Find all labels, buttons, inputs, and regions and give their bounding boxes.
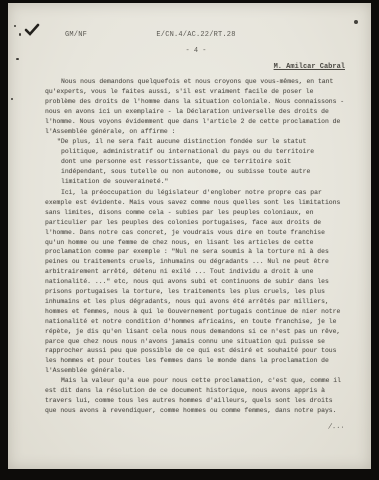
paragraph-2: Ici, la préoccupation du législateur d'e… — [45, 188, 347, 376]
ink-speckle-icon — [14, 25, 16, 27]
page-header: GM/NF E/CN.4/AC.22/RT.28 — [45, 31, 347, 43]
continuation-mark: /... — [328, 422, 345, 431]
ink-speckle-icon — [11, 98, 13, 100]
page-number: - 4 - — [45, 47, 347, 57]
blockquote-article-2: "De plus, il ne sera fait aucune distinc… — [61, 137, 333, 187]
corner-dot-icon — [354, 20, 358, 24]
page-content: GM/NF E/CN.4/AC.22/RT.28 - 4 - M. Amilca… — [45, 31, 347, 416]
paragraph-1: Nous nous demandons quelquefois et nous … — [45, 77, 347, 136]
ink-speckle-icon — [19, 33, 21, 36]
ink-speckle-icon — [16, 58, 19, 60]
paragraph-3: Mais la valeur qu'a eue pour nous cette … — [45, 376, 347, 416]
speaker-name: M. Amilcar Cabral — [45, 63, 345, 73]
document-page: GM/NF E/CN.4/AC.22/RT.28 - 4 - M. Amilca… — [8, 3, 371, 469]
document-symbol: E/CN.4/AC.22/RT.28 — [45, 31, 347, 39]
pen-checkmark-icon — [24, 23, 40, 37]
body-text: Nous nous demandons quelquefois et nous … — [45, 77, 347, 416]
